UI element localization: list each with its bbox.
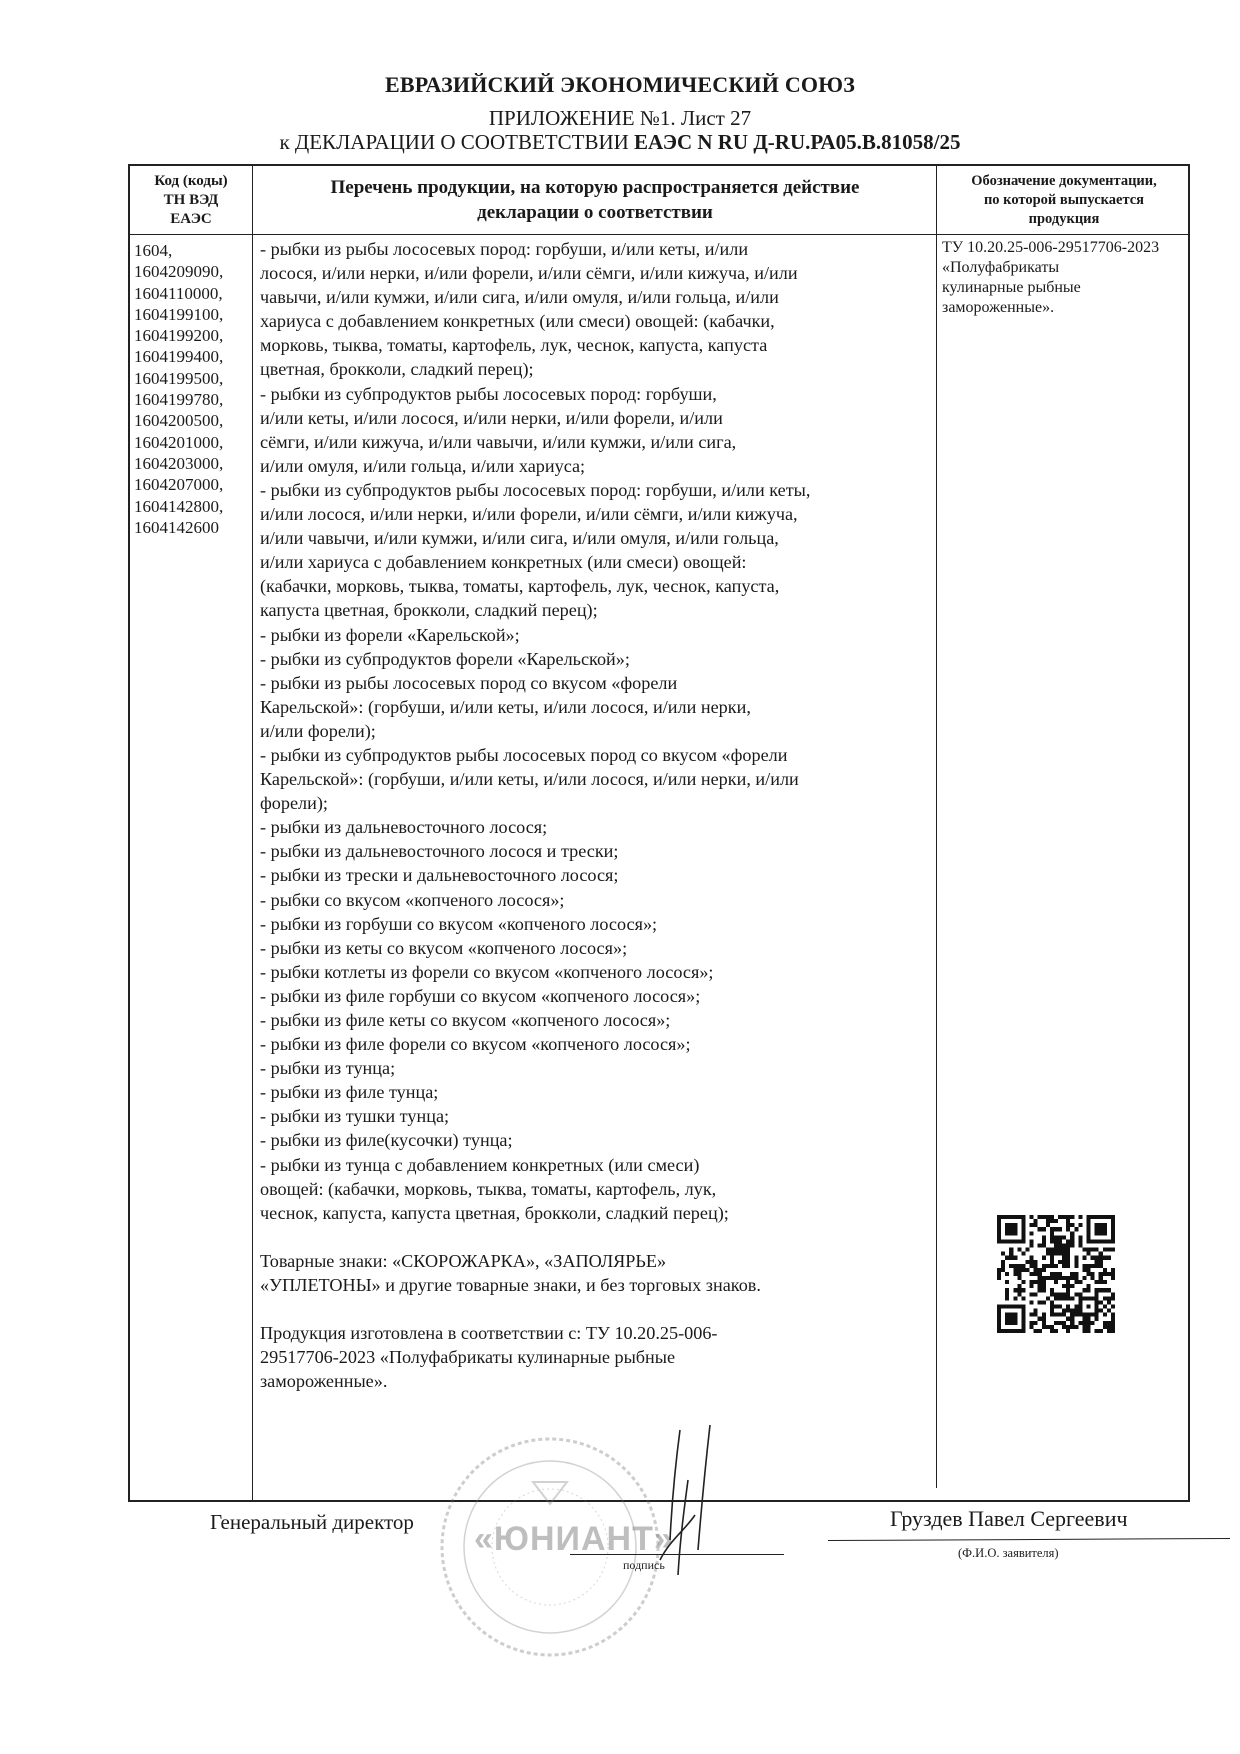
product-list: - рыбки из рыбы лососевых пород: горбуши…: [260, 237, 936, 1393]
product-line: лосося, и/или нерки, и/или форели, и/или…: [260, 261, 936, 285]
tn-ved-code: 1604199400,: [134, 346, 250, 367]
product-line: форели);: [260, 791, 936, 815]
signer-name: Груздев Павел Сергеевич: [890, 1506, 1128, 1532]
product-line: - рыбки со вкусом «копченого лосося»;: [260, 888, 936, 912]
product-line: замороженные».: [260, 1369, 936, 1393]
tn-ved-code: 1604199500,: [134, 368, 250, 389]
tn-ved-code: 1604,: [134, 240, 250, 261]
product-line: - рыбки из филе кеты со вкусом «копченог…: [260, 1008, 936, 1032]
product-line: 29517706-2023 «Полуфабрикаты кулинарные …: [260, 1345, 936, 1369]
header-documentation: Обозначение документации, по которой вып…: [938, 166, 1190, 234]
product-line: - рыбки из тушки тунца;: [260, 1104, 936, 1128]
doc-reference-line: «Полуфабрикаты: [942, 258, 1192, 278]
product-line: и/или кеты, и/или лосося, и/или нерки, и…: [260, 406, 936, 430]
product-line: сёмги, и/или кижуча, и/или чавычи, и/или…: [260, 430, 936, 454]
tn-ved-code: 1604199100,: [134, 304, 250, 325]
header-product-list: Перечень продукции, на которую распростр…: [254, 166, 936, 234]
signature-caption: подпись: [623, 1558, 665, 1573]
product-line: - рыбки из форели «Карельской»;: [260, 623, 936, 647]
product-line: - рыбки из дальневосточного лосося;: [260, 815, 936, 839]
name-line: [828, 1538, 1230, 1541]
product-line: (кабачки, морковь, тыква, томаты, картоф…: [260, 574, 936, 598]
tn-ved-code: 1604199780,: [134, 389, 250, 410]
tn-ved-code: 1604110000,: [134, 283, 250, 304]
signature-line: [570, 1554, 784, 1555]
annex-title: ПРИЛОЖЕНИЕ №1. Лист 27: [0, 106, 1240, 131]
product-line: и/или чавычи, и/или кумжи, и/или сига, и…: [260, 526, 936, 550]
product-line: и/или форели);: [260, 719, 936, 743]
product-line: чавычи, и/или кумжи, и/или сига, и/или о…: [260, 285, 936, 309]
tn-ved-code: 1604199200,: [134, 325, 250, 346]
product-line: чеснок, капуста, капуста цветная, брокко…: [260, 1201, 936, 1225]
header-code: Код (коды) ТН ВЭД ЕАЭС: [130, 166, 252, 234]
product-line: и/или омуля, и/или гольца, и/или хариуса…: [260, 454, 936, 478]
product-line: - рыбки из субпродуктов рыбы лососевых п…: [260, 743, 936, 767]
declaration-title: к ДЕКЛАРАЦИИ О СООТВЕТСТВИИ ЕАЭС N RU Д-…: [0, 130, 1240, 155]
product-line: - рыбки из рыбы лососевых пород: горбуши…: [260, 237, 936, 261]
tn-ved-code: 1604207000,: [134, 474, 250, 495]
product-line: - рыбки из тунца;: [260, 1056, 936, 1080]
product-line: - рыбки из субпродуктов форели «Карельск…: [260, 647, 936, 671]
product-line: - рыбки из филе(кусочки) тунца;: [260, 1128, 936, 1152]
product-line: капуста цветная, брокколи, сладкий перец…: [260, 598, 936, 622]
product-line: - рыбки из субпродуктов рыбы лососевых п…: [260, 478, 936, 502]
product-line: Товарные знаки: «СКОРОЖАРКА», «ЗАПОЛЯРЬЕ…: [260, 1249, 936, 1273]
product-line: «УПЛЕТОНЫ» и другие товарные знаки, и бе…: [260, 1273, 936, 1297]
product-line: - рыбки из горбуши со вкусом «копченого …: [260, 912, 936, 936]
signer-position: Генеральный директор: [210, 1510, 414, 1535]
tn-ved-codes: 1604,1604209090,1604110000,1604199100,16…: [134, 240, 250, 538]
product-line: Продукция изготовлена в соответствии с: …: [260, 1321, 936, 1345]
tn-ved-code: 1604209090,: [134, 261, 250, 282]
product-line: - рыбки из филе горбуши со вкусом «копче…: [260, 984, 936, 1008]
product-line: - рыбки из кеты со вкусом «копченого лос…: [260, 936, 936, 960]
product-line: - рыбки из дальневосточного лосося и тре…: [260, 839, 936, 863]
product-line: цветная, брокколи, сладкий перец);: [260, 357, 936, 381]
tn-ved-code: 1604142800,: [134, 496, 250, 517]
product-line: [260, 1225, 936, 1249]
product-line: и/или хариуса с добавлением конкретных (…: [260, 550, 936, 574]
product-line: Карельской»: (горбуши, и/или кеты, и/или…: [260, 767, 936, 791]
doc-reference-line: кулинарные рыбные: [942, 278, 1192, 298]
tn-ved-code: 1604200500,: [134, 410, 250, 431]
qr-code-icon: [997, 1215, 1115, 1333]
product-line: - рыбки котлеты из форели со вкусом «коп…: [260, 960, 936, 984]
product-line: - рыбки из субпродуктов рыбы лососевых п…: [260, 382, 936, 406]
product-line: и/или лосося, и/или нерки, и/или форели,…: [260, 502, 936, 526]
doc-reference-line: замороженные».: [942, 298, 1192, 318]
product-line: Карельской»: (горбуши, и/или кеты, и/или…: [260, 695, 936, 719]
column-divider: [936, 166, 937, 1488]
union-title: ЕВРАЗИЙСКИЙ ЭКОНОМИЧЕСКИЙ СОЮЗ: [0, 72, 1240, 98]
product-line: - рыбки из трески и дальневосточного лос…: [260, 863, 936, 887]
product-line: овощей: (кабачки, морковь, тыква, томаты…: [260, 1177, 936, 1201]
tn-ved-code: 1604203000,: [134, 453, 250, 474]
column-divider: [252, 166, 253, 1500]
product-line: [260, 1297, 936, 1321]
product-line: - рыбки из рыбы лососевых пород со вкусо…: [260, 671, 936, 695]
documentation-reference: ТУ 10.20.25-006-29517706-2023«Полуфабрик…: [942, 238, 1192, 318]
tn-ved-code: 1604142600: [134, 517, 250, 538]
product-line: морковь, тыква, томаты, картофель, лук, …: [260, 333, 936, 357]
declaration-number: ЕАЭС N RU Д-RU.РА05.В.81058/25: [634, 130, 960, 154]
declaration-prefix: к ДЕКЛАРАЦИИ О СООТВЕТСТВИИ: [279, 130, 628, 154]
tn-ved-code: 1604201000,: [134, 432, 250, 453]
doc-reference-line: ТУ 10.20.25-006-29517706-2023: [942, 238, 1192, 258]
name-caption: (Ф.И.О. заявителя): [958, 1546, 1059, 1561]
product-line: - рыбки из филе форели со вкусом «копчен…: [260, 1032, 936, 1056]
product-line: - рыбки из филе тунца;: [260, 1080, 936, 1104]
product-line: - рыбки из тунца с добавлением конкретны…: [260, 1153, 936, 1177]
product-line: хариуса с добавлением конкретных (или см…: [260, 309, 936, 333]
header-divider: [130, 234, 1188, 235]
